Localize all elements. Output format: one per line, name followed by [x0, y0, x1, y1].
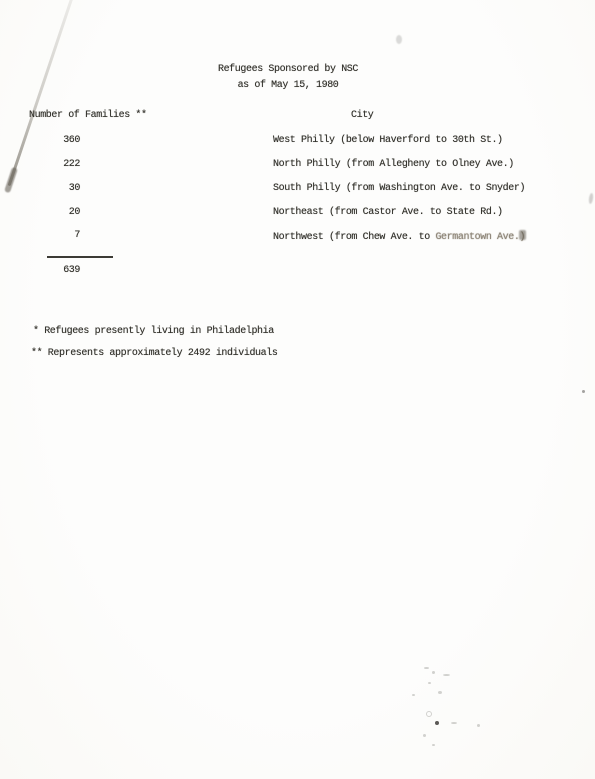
city-label: North Philly (from Allegheny to Olney Av…: [273, 159, 514, 170]
families-count: 20: [30, 207, 80, 218]
pencil-speck: [477, 724, 480, 727]
footnote-refugees: * Refugees presently living in Philadelp…: [33, 326, 274, 337]
pencil-speck: [443, 674, 450, 676]
table-row: 360 West Philly (below Haverford to 30th…: [0, 135, 595, 149]
city-label-faded-part: Germantown Ave.): [435, 232, 526, 243]
city-label-typed-part: Northwest (from Chew Ave. to: [273, 232, 435, 243]
scan-speck-right: [582, 390, 585, 393]
city-label: Northwest (from Chew Ave. to Germantown …: [273, 230, 526, 243]
families-count: 222: [30, 159, 80, 170]
pencil-speck: [435, 721, 439, 725]
table-row: 222 North Philly (from Allegheny to Olne…: [0, 159, 595, 173]
pencil-speck: [428, 682, 431, 684]
pencil-speck: [424, 667, 429, 669]
pencil-speck: [432, 671, 435, 674]
table-row: 30 South Philly (from Washington Ave. to…: [0, 183, 595, 197]
city-label: South Philly (from Washington Ave. to Sn…: [273, 183, 525, 194]
pencil-speck: [438, 691, 442, 694]
document-title: Refugees Sponsored by NSC: [138, 62, 438, 78]
document-subtitle: as of May 15, 1980: [138, 78, 438, 94]
city-label: West Philly (below Haverford to 30th St.…: [273, 135, 503, 146]
table-row: 20 Northeast (from Castor Ave. to State …: [0, 207, 595, 221]
families-count: 30: [30, 183, 80, 194]
families-count: 7: [30, 230, 80, 241]
footnote-individuals: ** Represents approximately 2492 individ…: [31, 348, 277, 359]
pencil-speck: [432, 744, 435, 746]
table-row: 7 Northwest (from Chew Ave. to Germantow…: [0, 230, 595, 244]
pencil-speck: [423, 734, 426, 737]
families-column-header: Number of Families **: [29, 110, 147, 121]
city-label: Northeast (from Castor Ave. to State Rd.…: [273, 207, 503, 218]
families-count: 360: [30, 135, 80, 146]
pencil-speck: [412, 694, 415, 696]
scan-smudge-top: [396, 35, 402, 44]
pencil-speck: [426, 711, 432, 717]
pencil-speck: [451, 722, 457, 724]
total-families: 639: [30, 265, 80, 276]
document-title-block: Refugees Sponsored by NSC as of May 15, …: [138, 62, 438, 93]
total-rule: [47, 256, 113, 258]
city-column-header: City: [351, 110, 373, 121]
scanned-document-page: Refugees Sponsored by NSC as of May 15, …: [0, 0, 595, 779]
